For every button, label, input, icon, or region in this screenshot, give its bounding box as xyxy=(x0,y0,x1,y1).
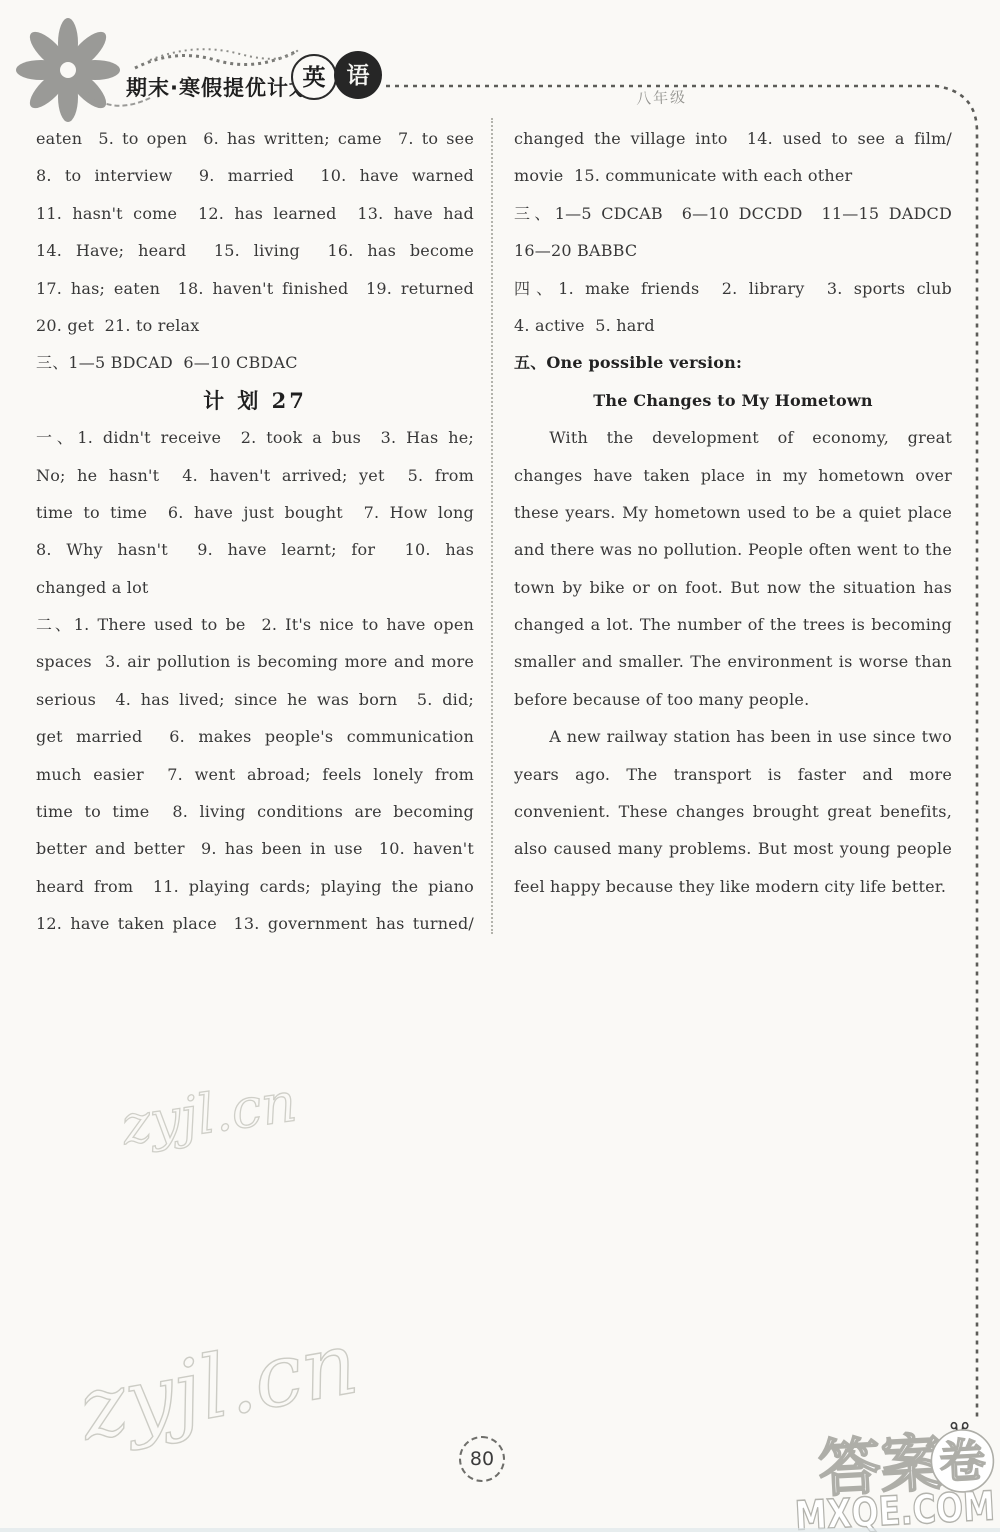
answer-line: changed a lot. The number of the trees i… xyxy=(514,606,952,643)
answer-line: changed the village into 14. used to see… xyxy=(514,120,952,157)
page-number: 80 xyxy=(459,1436,505,1482)
answer-line: 8. to interview 9. married 10. have warn… xyxy=(36,157,474,194)
answer-line: get married 6. makes people's communicat… xyxy=(36,718,474,755)
answer-line: eaten 5. to open 6. has written; came 7.… xyxy=(36,120,474,157)
subject-badge-second: 语 xyxy=(334,51,382,99)
dotted-swash xyxy=(135,52,295,68)
answer-line: and there was no pollution. People often… xyxy=(514,531,952,568)
left-column: eaten 5. to open 6. has written; came 7.… xyxy=(36,120,474,943)
answer-line: changed a lot xyxy=(36,569,474,606)
answer-line: 四、1. make friends 2. library 3. sports c… xyxy=(514,270,952,307)
answer-line: spaces 3. air pollution is becoming more… xyxy=(36,643,474,680)
brand-cn-text: 答案 xyxy=(817,1426,945,1505)
answer-line: years ago. The transport is faster and m… xyxy=(514,756,952,793)
answer-line: 17. has; eaten 18. haven't finished 19. … xyxy=(36,270,474,307)
answer-line: 14. Have; heard 15. living 16. has becom… xyxy=(36,232,474,269)
answer-line: before because of too many people. xyxy=(514,681,952,718)
column-divider xyxy=(491,118,493,934)
zyjl-watermark-large: zyjl.cn xyxy=(50,1260,450,1460)
answer-line: time to time 8. living conditions are be… xyxy=(36,793,474,830)
answer-line: 8. Why hasn't 9. have learnt; for 10. ha… xyxy=(36,531,474,568)
answer-line: town by bike or on foot. But now the sit… xyxy=(514,569,952,606)
heading-line: The Changes to My Hometown xyxy=(514,382,952,419)
answer-line: changes have taken place in my hometown … xyxy=(514,457,952,494)
dotted-swash-2 xyxy=(150,48,300,60)
answer-line: A new railway station has been in use si… xyxy=(514,718,952,755)
answer-line: heard from 11. playing cards; playing th… xyxy=(36,868,474,905)
answer-line: much easier 7. went abroad; feels lonely… xyxy=(36,756,474,793)
answer-line: 三、1—5 CDCAB 6—10 DCCDD 11—15 DADCD xyxy=(514,195,952,232)
answer-line: 五、One possible version: xyxy=(514,344,952,381)
scan-bottom-edge xyxy=(0,1528,1000,1532)
answer-book-page: 期末·寒假提优计划 英 语 八年级 ✂ eaten 5. to open 6. … xyxy=(0,0,1000,1532)
flower-logo-icon xyxy=(16,18,120,122)
answer-line: 二、1. There used to be 2. It's nice to ha… xyxy=(36,606,474,643)
answer-line: these years. My hometown used to be a qu… xyxy=(514,494,952,531)
right-column: changed the village into 14. used to see… xyxy=(514,120,952,905)
answer-line: 12. have taken place 13. government has … xyxy=(36,905,474,942)
answer-line: smaller and smaller. The environment is … xyxy=(514,643,952,680)
answer-line: No; he hasn't 4. haven't arrived; yet 5.… xyxy=(36,457,474,494)
scissors-icon: ✂ xyxy=(935,1420,981,1454)
subject-badge-first: 英 xyxy=(291,54,337,100)
answer-line: 一、1. didn't receive 2. took a bus 3. Has… xyxy=(36,419,474,456)
svg-text:zyjl.cn: zyjl.cn xyxy=(72,1313,365,1460)
answer-line: also caused many problems. But most youn… xyxy=(514,830,952,867)
answer-line: With the development of economy, great xyxy=(514,419,952,456)
answer-line: serious 4. has lived; since he was born … xyxy=(36,681,474,718)
answer-line: 20. get 21. to relax xyxy=(36,307,474,344)
answer-line: 11. hasn't come 12. has learned 13. have… xyxy=(36,195,474,232)
answer-line: feel happy because they like modern city… xyxy=(514,868,952,905)
answer-line: 4. active 5. hard xyxy=(514,307,952,344)
answer-line: 16—20 BABBC xyxy=(514,232,952,269)
heading-line: 计 划 27 xyxy=(36,382,474,419)
answer-line: time to time 6. have just bought 7. How … xyxy=(36,494,474,531)
answer-line: 三、1—5 BDCAD 6—10 CBDAC xyxy=(36,344,474,381)
grade-label: 八年级 xyxy=(636,86,688,109)
series-title: 期末·寒假提优计划 xyxy=(126,72,311,102)
answer-line: movie 15. communicate with each other xyxy=(514,157,952,194)
zyjl-watermark-small: zyjl.cn xyxy=(90,1035,430,1165)
svg-text:zyjl.cn: zyjl.cn xyxy=(117,1070,300,1157)
answer-line: better and better 9. has been in use 10.… xyxy=(36,830,474,867)
answer-line: convenient. These changes brought great … xyxy=(514,793,952,830)
brand-site-text: MXQE.COM xyxy=(794,1483,996,1532)
